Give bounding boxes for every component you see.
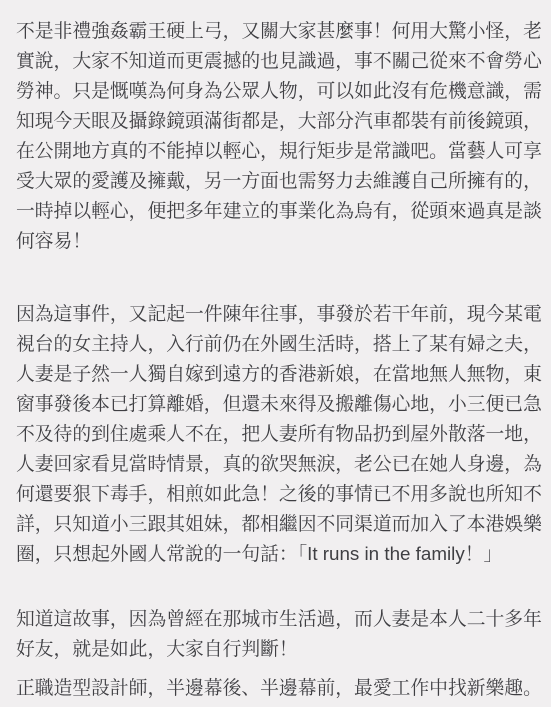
article-body: 不是非禮強姦霸王硬上弓，又關大家甚麼事！何用大驚小怪，老實說，大家不知道而更震撼… bbox=[0, 0, 551, 703]
paragraph-story: 因為這事件，又記起一件陳年往事，事發於若干年前，現今某電視台的女主持人，入行前仍… bbox=[16, 299, 546, 569]
paragraph-conclusion: 知道這故事，因為曾經在那城市生活過，而人妻是本人二十多年好友，就是如此，大家自行… bbox=[16, 604, 546, 664]
paragraph-author-bio: 正職造型設計師，半邊幕後、半邊幕前，最愛工作中找新樂趣。 bbox=[16, 673, 546, 703]
paragraph-commentary: 不是非禮強姦霸王硬上弓，又關大家甚麼事！何用大驚小怪，老實說，大家不知道而更震撼… bbox=[16, 16, 546, 256]
